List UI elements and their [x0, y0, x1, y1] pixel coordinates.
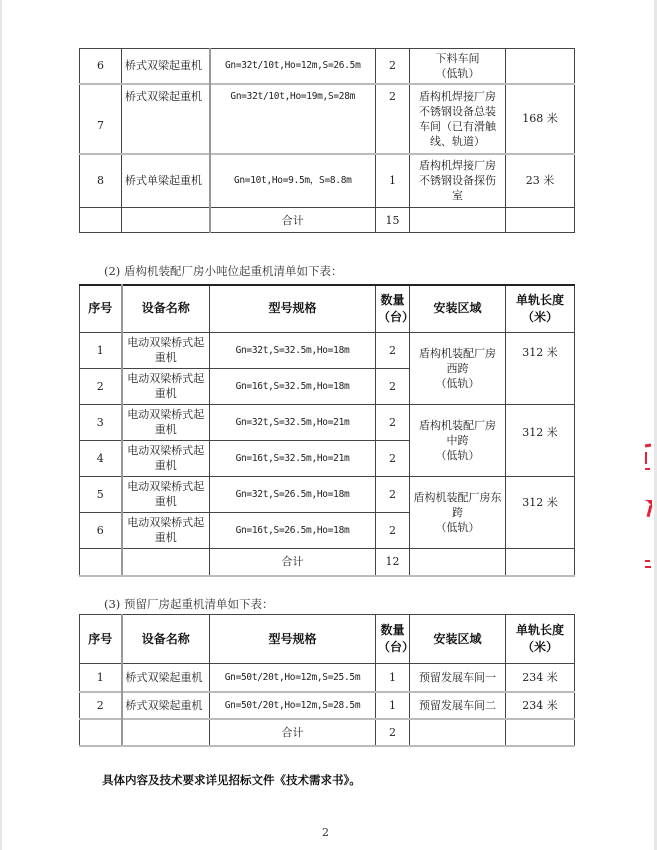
table-row: 8 桥式单梁起重机 Gn=10t,Ho=9.5m，S=8.8m 1 盾构机焊接厂… [80, 154, 575, 208]
table-row: 7 桥式双梁起重机 Gn=32t/10t,Ho=19m,S=28m 2 盾构机焊… [80, 84, 575, 154]
header-row: 序号 设备名称 型号规格 数量 （台） 安装区域 单轨长度 （米） [80, 615, 575, 664]
cell-name: 桥式双梁起重机 [122, 692, 210, 719]
cell-no: 3 [80, 404, 122, 440]
header-length: 单轨长度 （米） [506, 285, 575, 332]
area-line: 不锈钢设备总装 [412, 104, 503, 119]
area-line: 盾构机装配厂房 [412, 418, 503, 433]
cell-model: Gn=32t,S=32.5m,Ho=18m [210, 332, 376, 368]
name-line2: 重机 [125, 350, 208, 365]
cell-length: 312 米 [506, 332, 575, 404]
header-model: 型号规格 [210, 285, 376, 332]
cell-name: 电动双梁桥式起 重机 [122, 332, 210, 368]
cell-empty [410, 208, 506, 233]
cell-no: 5 [80, 476, 122, 512]
cell-qty: 2 [376, 84, 410, 154]
cell-no: 2 [80, 368, 122, 404]
stamp-stroke [645, 566, 651, 568]
cell-length: 168 米 [506, 84, 575, 154]
header-length: 单轨长度 （米） [506, 615, 575, 664]
cell-model: Gn=50t/20t,Ho=12m,S=25.5m [210, 664, 376, 692]
cell-length: 234 米 [506, 692, 575, 719]
cell-qty: 2 [376, 512, 410, 548]
stamp-stroke [645, 452, 647, 464]
name-line1: 电动双梁桥式起 [125, 479, 208, 494]
cell-area: 盾构机装配厂房 西跨 （低轨） [410, 332, 506, 404]
crane-table-1: 6 桥式双梁起重机 Gn=32t/10t,Ho=12m,S=26.5m 2 下料… [79, 48, 575, 233]
area-line: 车间（已有滑触 [412, 119, 503, 134]
cell-qty: 1 [376, 664, 410, 692]
area-line: 盾构机装配厂房 [412, 346, 503, 361]
cell-model: Gn=32t/10t,Ho=12m,S=26.5m [210, 49, 376, 84]
stamp-stroke [645, 560, 650, 562]
cell-qty: 1 [376, 692, 410, 719]
cell-empty [410, 548, 506, 576]
cell-empty [80, 719, 122, 746]
name-line1: 电动双梁桥式起 [125, 371, 208, 386]
total-label: 合计 [210, 548, 376, 576]
cell-empty [122, 548, 210, 576]
header-qty-line1: 数量 [378, 622, 407, 639]
cell-no: 7 [80, 84, 122, 154]
cell-name: 桥式双梁起重机 [122, 49, 210, 84]
area-line: 盾构机装配厂房东 [412, 490, 503, 505]
cell-empty [80, 208, 122, 233]
header-no: 序号 [80, 285, 122, 332]
header-qty-line1: 数量 [378, 292, 407, 309]
cell-model: Gn=10t,Ho=9.5m，S=8.8m [210, 154, 376, 208]
cell-no: 6 [80, 512, 122, 548]
header-name: 设备名称 [122, 615, 210, 664]
cell-name: 电动双梁桥式起 重机 [122, 512, 210, 548]
header-name: 设备名称 [122, 285, 210, 332]
cell-area: 下料车间 （低轨） [410, 49, 506, 84]
total-qty: 15 [376, 208, 410, 233]
cell-length: 312 米 [506, 476, 575, 548]
area-line: 盾构机焊接厂房 [412, 89, 503, 104]
name-line2: 重机 [125, 458, 208, 473]
area-line: 下料车间 [412, 51, 503, 66]
header-row: 序号 设备名称 型号规格 数量 （台） 安装区域 单轨长度 （米） [80, 285, 575, 332]
cell-no: 6 [80, 49, 122, 84]
page-number: 2 [322, 826, 329, 839]
cell-name: 桥式双梁起重机 [122, 84, 210, 154]
name-line1: 电动双梁桥式起 [125, 335, 208, 350]
total-row: 合计 12 [80, 548, 575, 576]
cell-name: 电动双梁桥式起 重机 [122, 368, 210, 404]
area-line: 线、轨道） [412, 134, 503, 149]
cell-area: 盾构机装配厂房 中跨 （低轨） [410, 404, 506, 476]
name-line2: 重机 [125, 386, 208, 401]
area-line: （低轨） [412, 376, 503, 391]
header-qty: 数量 （台） [376, 285, 410, 332]
cell-qty: 1 [376, 154, 410, 208]
name-line1: 电动双梁桥式起 [125, 443, 208, 458]
crane-table-3: 序号 设备名称 型号规格 数量 （台） 安装区域 单轨长度 （米） 1 桥式双梁… [79, 614, 575, 747]
cell-length: 312 米 [506, 404, 575, 476]
name-line1: 电动双梁桥式起 [125, 515, 208, 530]
cell-name: 桥式单梁起重机 [122, 154, 210, 208]
cell-area: 盾构机焊接厂房 不锈钢设备探伤 室 [410, 154, 506, 208]
cell-name: 电动双梁桥式起 重机 [122, 476, 210, 512]
cell-model: Gn=32t,S=26.5m,Ho=18m [210, 476, 376, 512]
area-line: 不锈钢设备探伤 [412, 173, 503, 188]
cell-no: 1 [80, 664, 122, 692]
cell-model: Gn=16t,S=32.5m,Ho=18m [210, 368, 376, 404]
area-line: 西跨 [412, 361, 503, 376]
cell-no: 4 [80, 440, 122, 476]
area-line: 盾构机焊接厂房 [412, 158, 503, 173]
cell-model: Gn=32t/10t,Ho=19m,S=28m [210, 84, 376, 154]
cell-length: 234 米 [506, 664, 575, 692]
cell-empty [122, 719, 210, 746]
area-line: （低轨） [412, 520, 503, 535]
total-row: 合计 15 [80, 208, 575, 233]
cell-no: 8 [80, 154, 122, 208]
header-qty-line2: （台） [378, 309, 407, 326]
table-row: 1 电动双梁桥式起 重机 Gn=32t,S=32.5m,Ho=18m 2 盾构机… [80, 332, 575, 368]
cell-qty: 2 [376, 49, 410, 84]
name-line1: 电动双梁桥式起 [125, 407, 208, 422]
area-line: 跨 [412, 505, 503, 520]
cell-model: Gn=50t/20t,Ho=12m,S=28.5m [210, 692, 376, 719]
cell-name: 桥式双梁起重机 [122, 664, 210, 692]
cell-area: 预留发展车间一 [410, 664, 506, 692]
total-label: 合计 [210, 719, 376, 746]
stamp-stroke [645, 444, 651, 448]
area-line: 室 [412, 188, 503, 203]
page-edge-left [0, 0, 2, 850]
table-row: 6 桥式双梁起重机 Gn=32t/10t,Ho=12m,S=26.5m 2 下料… [80, 49, 575, 84]
cell-empty [122, 208, 210, 233]
area-line: （低轨） [412, 66, 503, 81]
name-line2: 重机 [125, 530, 208, 545]
table-row: 3 电动双梁桥式起 重机 Gn=32t,S=32.5m,Ho=21m 2 盾构机… [80, 404, 575, 440]
name-line2: 重机 [125, 422, 208, 437]
cell-qty: 2 [376, 368, 410, 404]
cell-qty: 2 [376, 440, 410, 476]
cell-empty [80, 548, 122, 576]
table-row: 2 桥式双梁起重机 Gn=50t/20t,Ho=12m,S=28.5m 1 预留… [80, 692, 575, 719]
cell-area: 预留发展车间二 [410, 692, 506, 719]
cell-empty [506, 548, 575, 576]
cell-qty: 2 [376, 332, 410, 368]
header-len-line1: 单轨长度 [508, 292, 572, 309]
area-line: 中跨 [412, 433, 503, 448]
cell-model: Gn=16t,S=32.5m,Ho=21m [210, 440, 376, 476]
cell-empty [506, 208, 575, 233]
cell-empty [410, 719, 506, 746]
stamp-stroke [645, 468, 650, 470]
header-model: 型号规格 [210, 615, 376, 664]
cell-no: 2 [80, 692, 122, 719]
header-len-line2: （米） [508, 639, 572, 656]
cell-area: 盾构机焊接厂房 不锈钢设备总装 车间（已有滑触 线、轨道） [410, 84, 506, 154]
cell-length: 23 米 [506, 154, 575, 208]
header-qty-line2: （台） [378, 639, 407, 656]
table-2-caption: (2) 盾构机装配厂房小吨位起重机清单如下表： [104, 263, 342, 279]
area-line: （低轨） [412, 448, 503, 463]
header-len-line1: 单轨长度 [508, 622, 572, 639]
cell-qty: 2 [376, 476, 410, 512]
total-qty: 2 [376, 719, 410, 746]
table-3-caption: (3) 预留厂房起重机清单如下表： [104, 596, 273, 612]
cell-model: Gn=32t,S=32.5m,Ho=21m [210, 404, 376, 440]
cell-model: Gn=16t,S=26.5m,Ho=18m [210, 512, 376, 548]
cell-length [506, 49, 575, 84]
cell-empty [506, 719, 575, 746]
stamp-stroke [646, 505, 652, 517]
header-area: 安装区域 [410, 615, 506, 664]
table-row: 1 桥式双梁起重机 Gn=50t/20t,Ho=12m,S=25.5m 1 预留… [80, 664, 575, 692]
header-area: 安装区域 [410, 285, 506, 332]
cell-qty: 2 [376, 404, 410, 440]
table-row: 5 电动双梁桥式起 重机 Gn=32t,S=26.5m,Ho=18m 2 盾构机… [80, 476, 575, 512]
total-qty: 12 [376, 548, 410, 576]
header-len-line2: （米） [508, 309, 572, 326]
total-row: 合计 2 [80, 719, 575, 746]
cell-area: 盾构机装配厂房东 跨 （低轨） [410, 476, 506, 548]
cell-no: 1 [80, 332, 122, 368]
cell-name: 电动双梁桥式起 重机 [122, 404, 210, 440]
total-label: 合计 [210, 208, 376, 233]
name-line2: 重机 [125, 494, 208, 509]
crane-table-2: 序号 设备名称 型号规格 数量 （台） 安装区域 单轨长度 （米） 1 电动双梁… [79, 284, 575, 577]
cell-name: 电动双梁桥式起 重机 [122, 440, 210, 476]
technical-requirements-note: 具体内容及技术要求详见招标文件《技术需求书》。 [102, 772, 361, 788]
header-qty: 数量 （台） [376, 615, 410, 664]
header-no: 序号 [80, 615, 122, 664]
